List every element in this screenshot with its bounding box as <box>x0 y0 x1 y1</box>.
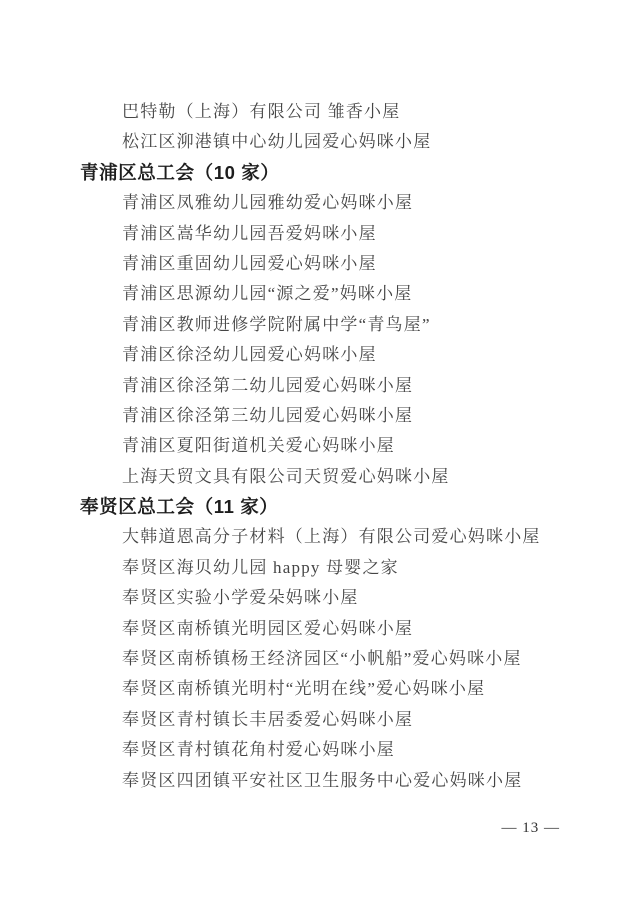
list-item: 青浦区凤雅幼儿园雅幼爱心妈咪小屋 <box>80 188 610 218</box>
list-item: 奉贤区实验小学爱朵妈咪小屋 <box>80 583 610 613</box>
section-header: 青浦区总工会（10 家） <box>80 158 610 188</box>
list-item: 奉贤区四团镇平安社区卫生服务中心爱心妈咪小屋 <box>80 766 610 796</box>
page-number: — 13 — <box>502 820 561 837</box>
list-item: 青浦区重固幼儿园爱心妈咪小屋 <box>80 249 610 279</box>
list-item: 上海天贸文具有限公司天贸爱心妈咪小屋 <box>80 462 610 492</box>
list-item: 青浦区徐泾第三幼儿园爱心妈咪小屋 <box>80 401 610 431</box>
list-item: 青浦区思源幼儿园“源之爱”妈咪小屋 <box>80 279 610 309</box>
list-item: 青浦区教师进修学院附属中学“青鸟屋” <box>80 310 610 340</box>
list-item: 奉贤区南桥镇光明园区爱心妈咪小屋 <box>80 614 610 644</box>
list-item: 奉贤区南桥镇光明村“光明在线”爱心妈咪小屋 <box>80 674 610 704</box>
list-item: 奉贤区海贝幼儿园 happy 母婴之家 <box>80 553 610 583</box>
list-item: 奉贤区青村镇花角村爱心妈咪小屋 <box>80 735 610 765</box>
list-item: 青浦区徐泾幼儿园爱心妈咪小屋 <box>80 340 610 370</box>
list-item: 巴特勒（上海）有限公司 雏香小屋 <box>80 97 610 127</box>
list-item: 青浦区夏阳街道机关爱心妈咪小屋 <box>80 431 610 461</box>
list-item: 松江区泖港镇中心幼儿园爱心妈咪小屋 <box>80 127 610 157</box>
list-item: 青浦区嵩华幼儿园吾爱妈咪小屋 <box>80 219 610 249</box>
document-body: 巴特勒（上海）有限公司 雏香小屋 松江区泖港镇中心幼儿园爱心妈咪小屋 青浦区总工… <box>80 97 610 796</box>
list-item: 奉贤区南桥镇杨王经济园区“小帆船”爱心妈咪小屋 <box>80 644 610 674</box>
document-page: 巴特勒（上海）有限公司 雏香小屋 松江区泖港镇中心幼儿园爱心妈咪小屋 青浦区总工… <box>0 0 640 906</box>
section-header: 奉贤区总工会（11 家） <box>80 492 610 522</box>
list-item: 大韩道恩高分子材料（上海）有限公司爱心妈咪小屋 <box>80 522 610 552</box>
list-item: 奉贤区青村镇长丰居委爱心妈咪小屋 <box>80 705 610 735</box>
list-item: 青浦区徐泾第二幼儿园爱心妈咪小屋 <box>80 371 610 401</box>
